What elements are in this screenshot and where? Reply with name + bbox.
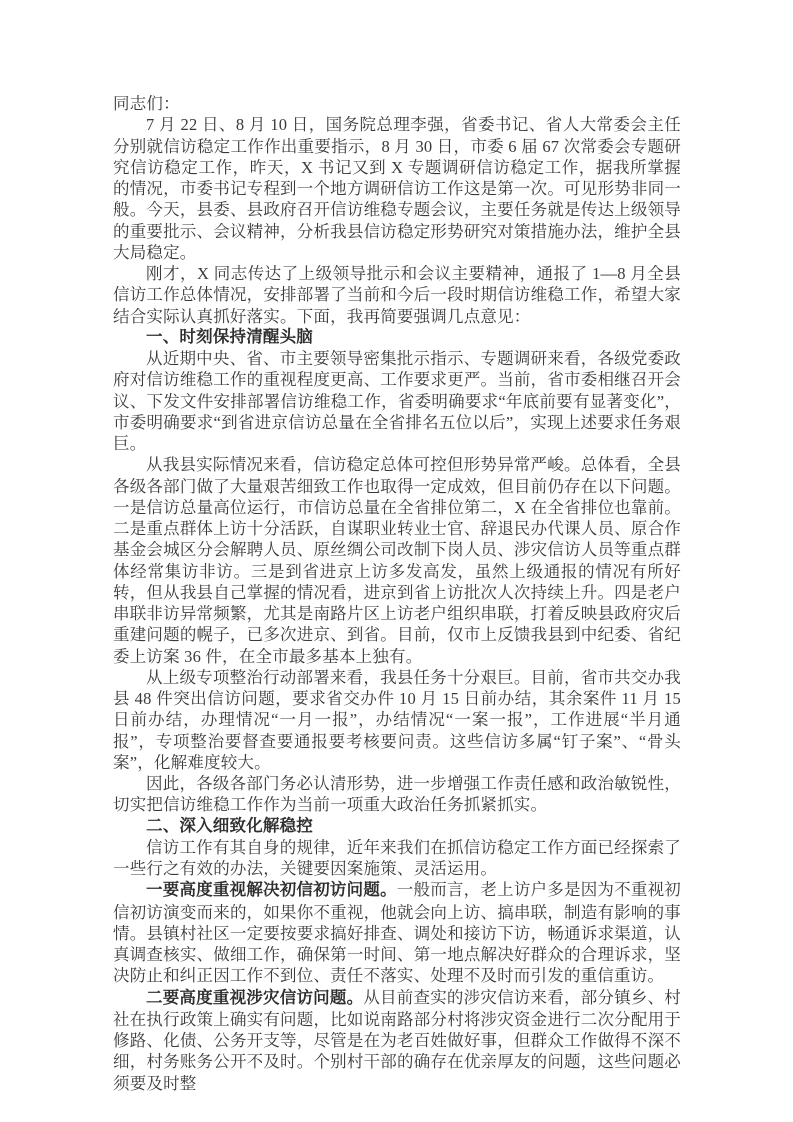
paragraph-first-point: 一要高度重视解决初信初访问题。一般而言，老上访户多是因为不重视初信初访演变而来的…	[113, 879, 681, 986]
document-page: 同志们： 7 月 22 日、8 月 10 日，国务院总理李强，省委书记、省人大常…	[0, 0, 793, 1122]
paragraph-text: 7 月 22 日、8 月 10 日，国务院总理李强，省委书记、省人大常委会主任分…	[113, 115, 681, 262]
paragraph-text: 从上级专项整治行动部署来看，我县任务十分艰巨。目前，省市共交办我县 48 件突出…	[113, 668, 681, 772]
paragraph-special-rectification: 从上级专项整治行动部署来看，我县任务十分艰巨。目前，省市共交办我县 48 件突出…	[113, 667, 681, 773]
paragraph-text: 信访工作有其自身的规律，近年来我们在抓信访稳定工作方面已经探索了一些行之有效的办…	[113, 838, 681, 878]
paragraph-lead-bold: 一要高度重视解决初信初访问题。	[146, 881, 397, 899]
paragraph-intro: 7 月 22 日、8 月 10 日，国务院总理李强，省委书记、省人大常委会主任分…	[113, 114, 681, 263]
salutation: 同志们：	[113, 93, 681, 114]
paragraph-work-methods: 信访工作有其自身的规律，近年来我们在抓信访稳定工作方面已经探索了一些行之有效的办…	[113, 837, 681, 880]
paragraph-text: 因此，各级各部门务必认清形势，进一步增强工作责任感和政治敏锐性，切实把信访维稳工…	[113, 774, 681, 814]
section-heading-1: 一、时刻保持清醒头脑	[113, 327, 681, 348]
paragraph-text: 从近期中央、省、市主要领导密集批示指示、专题调研来看，各级党委政府对信访维稳工作…	[113, 349, 681, 453]
paragraph-conclusion-section-1: 因此，各级各部门务必认清形势，进一步增强工作责任感和政治敏锐性，切实把信访维稳工…	[113, 773, 681, 816]
paragraph-county-situation: 从我县实际情况来看，信访稳定总体可控但形势异常严峻。总体看，全县各级各部门做了大…	[113, 454, 681, 667]
paragraph-text: 刚才，X 同志传达了上级领导批示和会议主要精神，通报了 1—8 月全县信访工作总…	[113, 264, 681, 326]
paragraph-lead-bold: 二要高度重视涉灾信访问题。	[146, 989, 363, 1007]
paragraph-summary: 刚才，X 同志传达了上级领导批示和会议主要精神，通报了 1—8 月全县信访工作总…	[113, 263, 681, 327]
section-heading-2: 二、深入细致化解稳控	[113, 816, 681, 837]
paragraph-situation-higher-level: 从近期中央、省、市主要领导密集批示指示、专题调研来看，各级党委政府对信访维稳工作…	[113, 348, 681, 454]
paragraph-text: 从我县实际情况来看，信访稳定总体可控但形势异常严峻。总体看，全县各级各部门做了大…	[113, 455, 681, 665]
paragraph-second-point: 二要高度重视涉灾信访问题。从目前查实的涉灾信访来看，部分镇乡、村社在执行政策上确…	[113, 987, 681, 1094]
document-body: 同志们： 7 月 22 日、8 月 10 日，国务院总理李强，省委书记、省人大常…	[113, 93, 681, 1094]
